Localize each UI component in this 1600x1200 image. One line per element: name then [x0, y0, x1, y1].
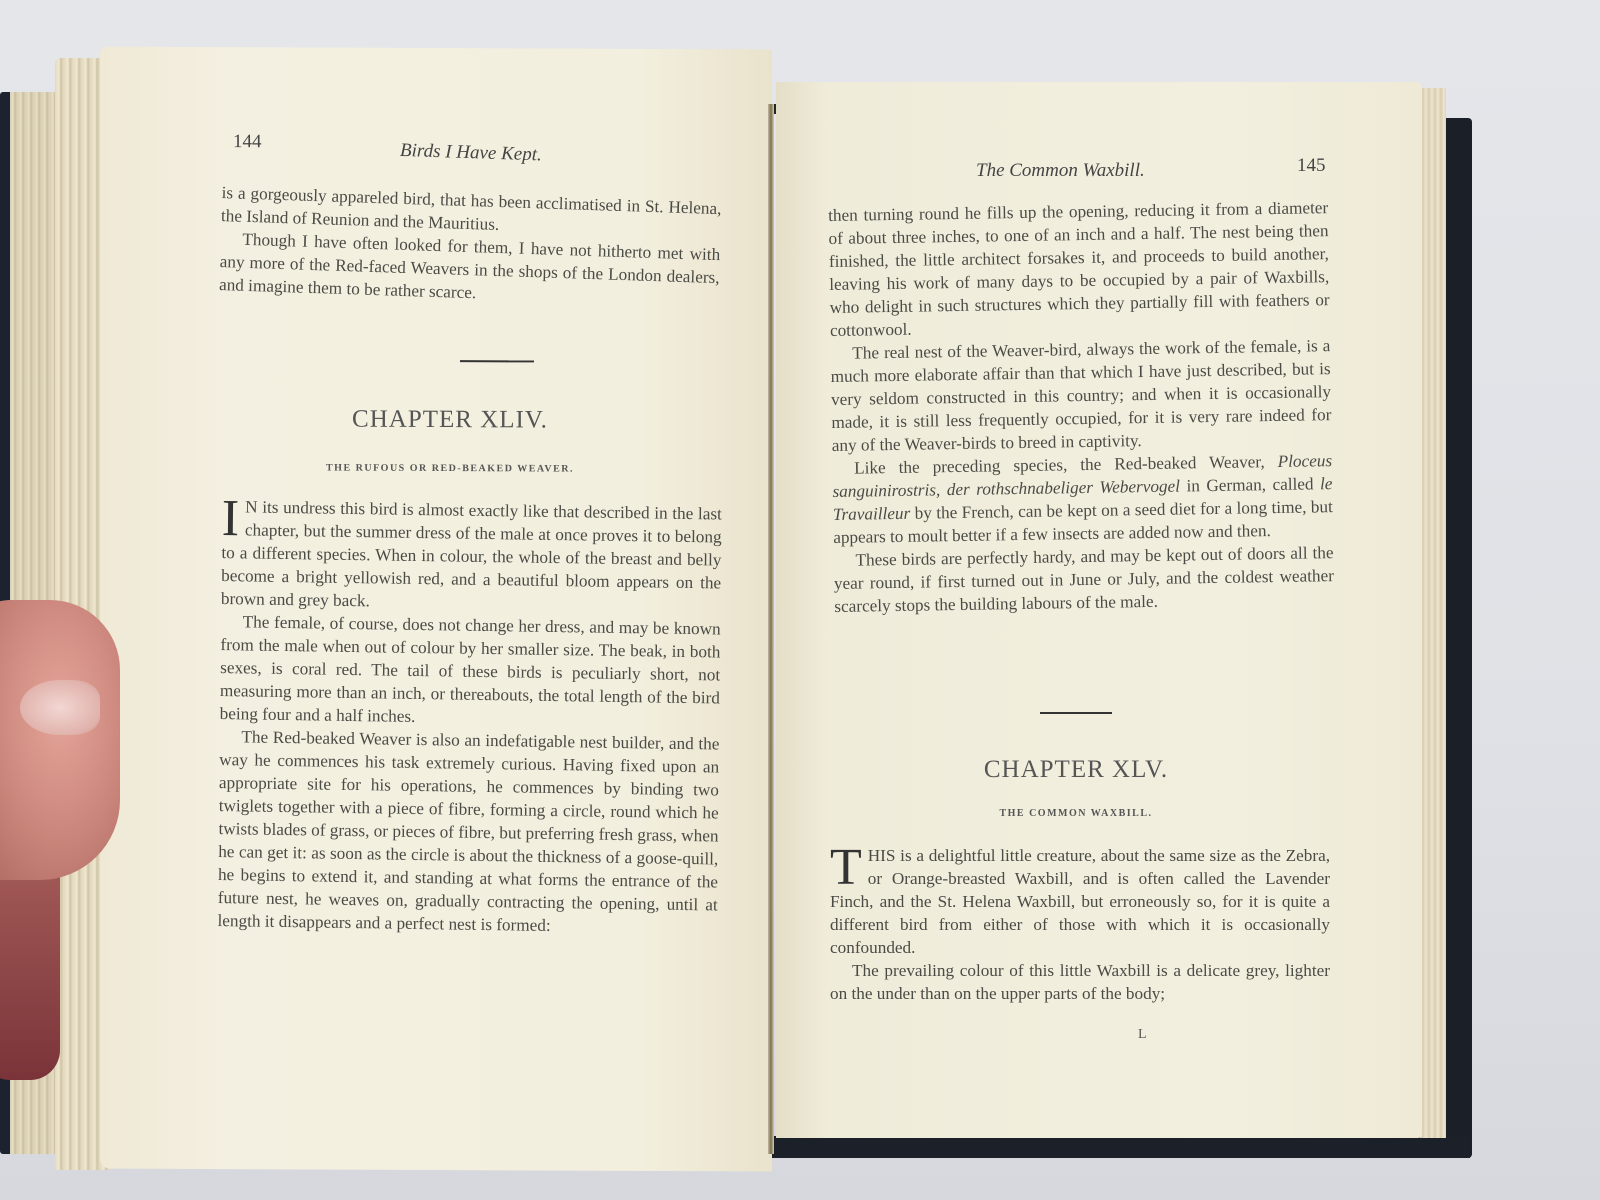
right-page[interactable]: The Common Waxbill. 145 then turning rou… [776, 82, 1422, 1138]
paragraph: Like the preceding species, the Red-beak… [832, 449, 1333, 549]
chapter-subtitle-xliv: THE RUFOUS OR RED-BEAKED WEAVER. [280, 462, 620, 474]
book-gutter [768, 104, 774, 1154]
continued-text-left: is a gorgeously appareled bird, that has… [219, 181, 722, 312]
page-edges-right [1420, 88, 1446, 1138]
paragraph: then turning round he fills up the openi… [828, 196, 1330, 342]
section-divider-right [1040, 712, 1112, 714]
chapter-title-xlv: CHAPTER XLV. [926, 756, 1226, 784]
chapter-xliv-body: IN its undress this bird is almost exact… [217, 495, 722, 939]
hand-thumb [0, 600, 120, 880]
paragraph: The female, of course, does not change h… [220, 610, 721, 732]
continued-text-right: then turning round he fills up the openi… [828, 196, 1334, 618]
running-head-left: Birds I Have Kept. [400, 140, 542, 167]
paragraph: These birds are perfectly hardy, and may… [833, 541, 1334, 618]
paragraph: Though I have often looked for them, I h… [219, 227, 721, 312]
paragraph: The real nest of the Weaver-bird, always… [830, 334, 1332, 457]
book-cover-bottom [740, 1136, 1470, 1158]
drop-cap: T [830, 846, 862, 890]
paragraph: IN its undress this bird is almost exact… [221, 495, 722, 617]
page-number-right: 145 [1297, 155, 1326, 177]
drop-cap: I [222, 497, 240, 541]
running-head-right: The Common Waxbill. [976, 160, 1145, 182]
paragraph: The prevailing colour of this little Wax… [830, 959, 1330, 1005]
left-page[interactable]: 144 Birds I Have Kept. is a gorgeously a… [100, 47, 772, 1172]
thumb-nail [20, 680, 100, 735]
chapter-title-xliv: CHAPTER XLIV. [300, 405, 600, 434]
signature-mark: L [1138, 1027, 1147, 1043]
chapter-xlv-body: THIS is a delightful little creature, ab… [830, 844, 1330, 1005]
paragraph: THIS is a delightful little creature, ab… [830, 844, 1330, 959]
page-number-left: 144 [233, 131, 262, 153]
chapter-subtitle-xlv: THE COMMON WAXBILL. [926, 808, 1226, 819]
paragraph: The Red-beaked Weaver is also an indefat… [217, 725, 719, 939]
section-divider-left [460, 360, 534, 362]
